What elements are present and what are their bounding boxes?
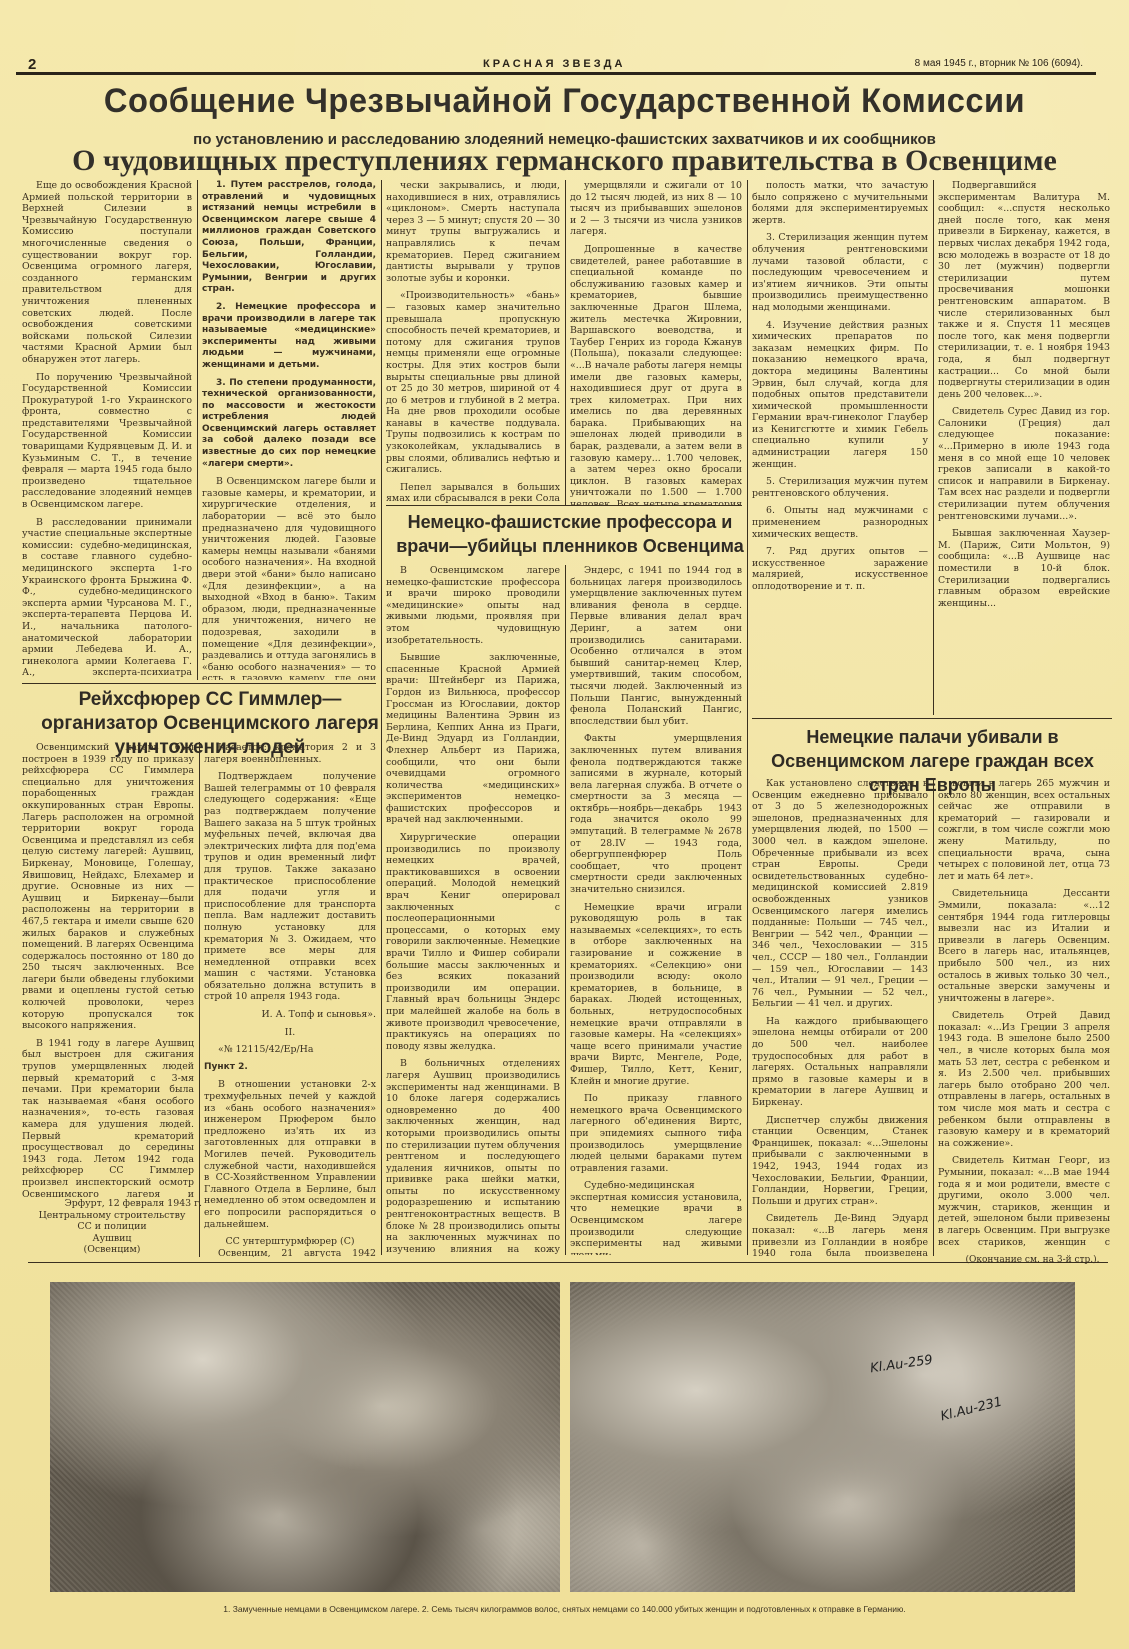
paragraph: Еще до освобождения Красной Армией польс… — [22, 180, 192, 366]
headline-title: О чудовищных преступлениях германского п… — [0, 144, 1129, 178]
paper-name: КРАСНАЯ ЗВЕЗДА — [483, 58, 625, 70]
paragraph: В Освенцимском лагере были и газовые кам… — [202, 476, 376, 680]
finding-3: 3. По степени продуманности, технической… — [202, 378, 376, 471]
paragraph: В больничных отделениях лагеря Аушвиц пр… — [386, 1058, 560, 1255]
letter-addressee: Аушвиц — [22, 1233, 202, 1245]
himmler-column-a: Освенцимский лагерь был построен в 1939 … — [22, 742, 194, 1197]
finding-1: 1. Путем расстрелов, голода, отравлений … — [202, 180, 376, 296]
paragraph: 5. Стерилизация мужчин путем рентгеновск… — [752, 476, 928, 499]
paragraph: Пепел зарывался в больших ямах или сбрас… — [386, 482, 560, 505]
paragraph: Допрошенные в качестве свидетелей, ранее… — [570, 244, 742, 505]
section-rule — [752, 718, 1112, 719]
letter-date: Освенцим, 21 августа 1942 года». — [204, 1248, 376, 1257]
headline-main: Сообщение Чрезвычайной Государственной К… — [23, 82, 1107, 121]
photo-tortured-prisoners — [50, 1282, 560, 1592]
paragraph: Свидетельница Дессанти Эммили, показала:… — [938, 888, 1110, 1004]
column-divider — [747, 180, 748, 1255]
finding-2: 2. Немецкие профессора и врачи производи… — [202, 302, 376, 372]
section-rule — [386, 505, 742, 506]
paragraph: чески закрывались, и люди, находившиеся … — [386, 180, 560, 284]
letter-signature: И. А. Топф и сыновья». — [204, 1009, 376, 1021]
column-divider — [933, 778, 934, 1256]
paragraph: «Производительность» «бань» — газовых ка… — [386, 290, 560, 476]
column-4-top: умерщвляли и сжигали от 10 до 12 тысяч л… — [570, 180, 742, 505]
paragraph: 3. Стерилизация женщин путем облучения р… — [752, 232, 928, 313]
paragraph: Судебно-медицинская экспертная комиссия … — [570, 1180, 742, 1255]
paragraph: полость матки, что зачастую было сопряже… — [752, 180, 928, 226]
executioners-column-b: вошли в лагерь 265 мужчин и около 80 жен… — [938, 778, 1110, 1248]
paragraph: Подвергавшийся экспериментам Валитура М.… — [938, 180, 1110, 400]
paragraph: Хирургические операции производились по … — [386, 832, 560, 1052]
paragraph: Диспетчер службы движения станции Освенц… — [752, 1115, 928, 1208]
paragraph: 6. Опыты над мужчинами с применением раз… — [752, 505, 928, 540]
letter-point: Пункт 2. — [204, 1062, 376, 1074]
executioners-column-a: Как установлено следствием, в Освенцим е… — [752, 778, 928, 1256]
paragraph: Факты умерщвления заключенных путем влив… — [570, 733, 742, 895]
paragraph: Освенцимский лагерь был построен в 1939 … — [22, 742, 194, 1032]
paragraph: Подтверждаем получение Вашей телеграммы … — [204, 771, 376, 1003]
column-2-top: 1. Путем расстрелов, голода, отравлений … — [202, 180, 376, 680]
column-divider — [933, 180, 934, 715]
letter-ref: «№ 12115/42/Ер/На — [204, 1044, 376, 1056]
continued-note: (Окончание см. на 3-й стр.). — [945, 1255, 1120, 1267]
section-title-doctors: Немецко-фашистские профессора и врачи—уб… — [390, 510, 750, 558]
paragraph: В расследовании принимали участие специа… — [22, 517, 192, 680]
column-divider — [565, 180, 566, 505]
paragraph: 7. Ряд других опытов — искусственное зар… — [752, 546, 928, 592]
paragraph: 4. Изучение действия разных химических п… — [752, 320, 928, 471]
himmler-column-b: Касается: крематория 2 и 3 лагеря военно… — [204, 742, 376, 1257]
issue-date: 8 мая 1945 г., вторник № 106 (6094). — [915, 58, 1083, 69]
photo-caption: 1. Замученные немцами в Освенцимском лаг… — [0, 1604, 1129, 1614]
paragraph: Свидетель Де-Винд Эдуард показал: «...В … — [752, 1213, 928, 1256]
paragraph: Немецкие врачи играли руководящую роль в… — [570, 902, 742, 1088]
column-6-top: Подвергавшийся экспериментам Валитура М.… — [938, 180, 1110, 715]
newspaper-page: 2 КРАСНАЯ ЗВЕЗДА 8 мая 1945 г., вторник … — [0, 0, 1129, 1649]
paragraph: Свидетель Отрей Давид показал: «...Из Гр… — [938, 1010, 1110, 1149]
masthead-rule — [16, 72, 1096, 75]
paragraph: Бывшая заключенная Хаузер-М. (Париж, Сит… — [938, 528, 1110, 609]
column-5-top: полость матки, что зачастую было сопряже… — [752, 180, 928, 715]
photo-rule — [28, 1262, 1108, 1263]
letter-signature: СС унтерштурмфюрер (С) — [204, 1236, 376, 1248]
photo-hair-bales: Kl.Au-259 Kl.Au-231 — [570, 1282, 1075, 1592]
doctors-column-b: Эндерс, с 1941 по 1944 год в больницах л… — [570, 565, 742, 1255]
paragraph: Как установлено следствием, в Освенцим е… — [752, 778, 928, 1010]
paragraph: В 1941 году в лагере Аушвиц был выстроен… — [22, 1038, 194, 1197]
paragraph: Касается: крематория 2 и 3 лагеря военно… — [204, 742, 376, 765]
paragraph: По приказу главного немецкого врача Осве… — [570, 1093, 742, 1174]
letter-number: II. — [204, 1027, 376, 1039]
paragraph: Эндерс, с 1941 по 1944 год в больницах л… — [570, 565, 742, 727]
paragraph: умерщвляли и сжигали от 10 до 12 тысяч л… — [570, 180, 742, 238]
column-divider — [565, 565, 566, 1255]
page-number: 2 — [28, 56, 36, 73]
column-divider — [197, 180, 198, 680]
letter-addressee: Центральному строительству — [22, 1210, 202, 1222]
masthead: 2 КРАСНАЯ ЗВЕЗДА 8 мая 1945 г., вторник … — [28, 56, 1083, 72]
letter-addressee: СС и полиции — [22, 1221, 202, 1233]
column-3-top: чески закрывались, и люди, находившиеся … — [386, 180, 560, 505]
paragraph: По поручению Чрезвычайной Государственно… — [22, 372, 192, 511]
paragraph: На каждого прибывающего эшелона немцы от… — [752, 1016, 928, 1109]
letter-header: Эрфурт, 12 февраля 1943 г. Центральному … — [22, 1198, 202, 1258]
paragraph: В Освенцимском лагере немецко-фашистские… — [386, 565, 560, 646]
section-rule — [22, 683, 376, 684]
paragraph: В отношении установки 2-х трехмуфельных … — [204, 1079, 376, 1230]
paragraph: вошли в лагерь 265 мужчин и около 80 жен… — [938, 778, 1110, 882]
paragraph: Свидетель Китман Георг, из Румынии, пока… — [938, 1155, 1110, 1248]
column-1-top: Еще до освобождения Красной Армией польс… — [22, 180, 192, 680]
letter-addressee: (Освенцим) — [22, 1244, 202, 1256]
doctors-column-a: В Освенцимском лагере немецко-фашистские… — [386, 565, 560, 1255]
bale-tag: Kl.Au-231 — [939, 1395, 1004, 1425]
column-divider — [199, 742, 200, 1257]
paragraph: Свидетель Сурес Давид из гор. Салоники (… — [938, 406, 1110, 522]
letter-place-date: Эрфурт, 12 февраля 1943 г. — [22, 1198, 202, 1210]
bale-tag: Kl.Au-259 — [869, 1353, 933, 1377]
paragraph: Бывшие заключенные, спасенные Красной Ар… — [386, 652, 560, 826]
